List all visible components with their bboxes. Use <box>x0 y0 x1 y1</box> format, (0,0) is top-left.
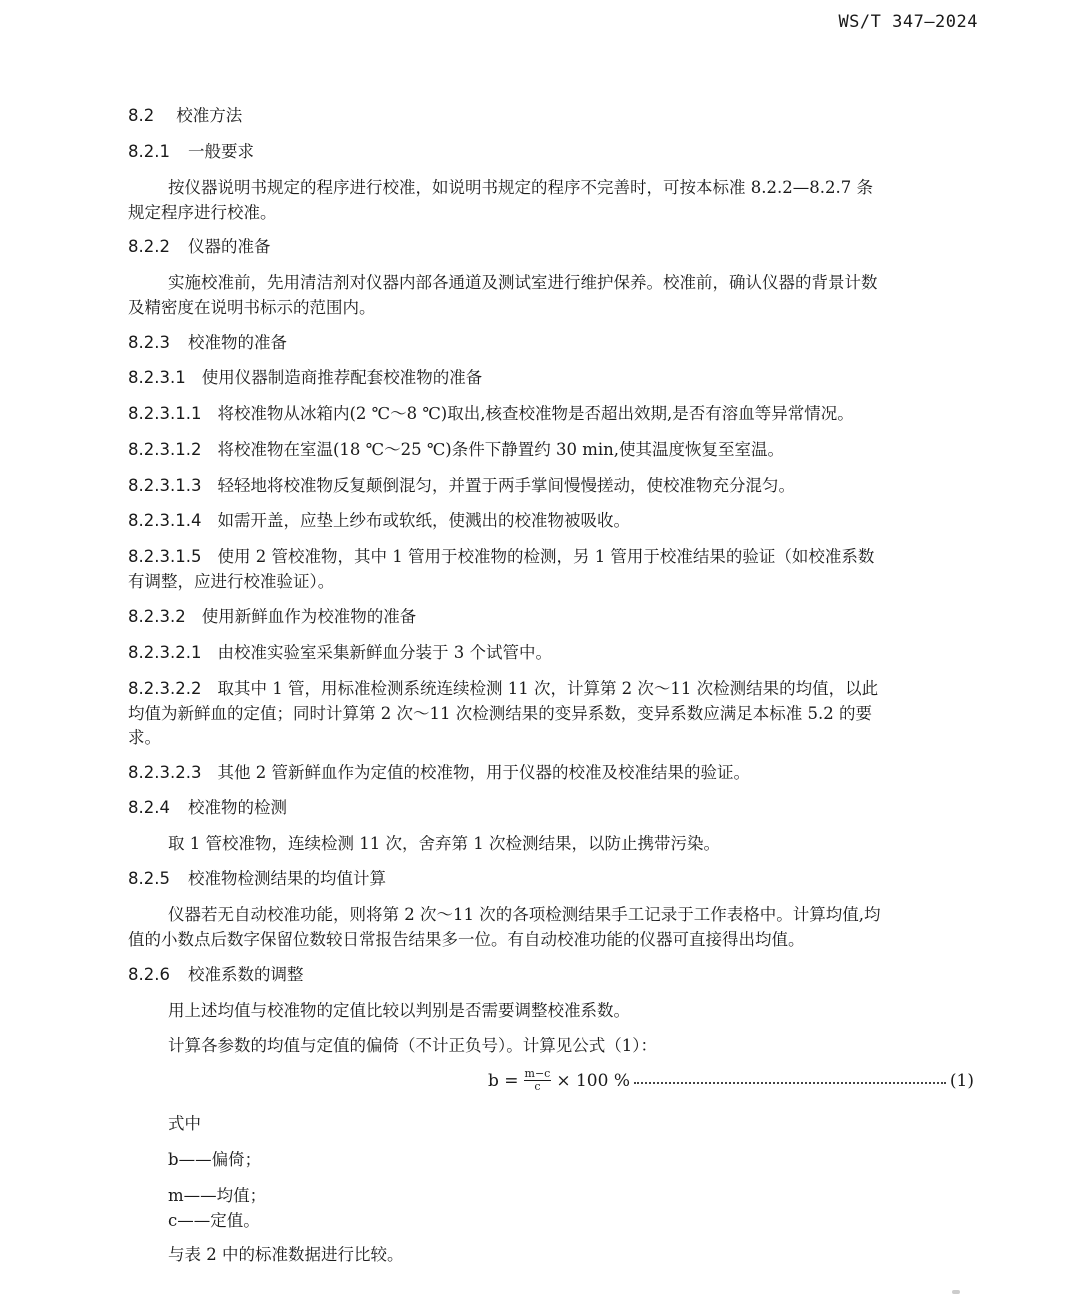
section-heading-8-2-6: 8.2.6校准系数的调整 <box>128 963 303 987</box>
clause-text: 如需开盖，应垫上纱布或软纸，使溅出的校准物被吸收。 <box>217 511 630 530</box>
clause-number: 8.2.3.2.2 <box>128 677 201 701</box>
where-symbol: c <box>168 1211 177 1230</box>
section-heading-8-2-2: 8.2.2仪器的准备 <box>128 235 270 259</box>
paragraph-line: 实施校准前，先用清洁剂对仪器内部各通道及测试室进行维护保养。校准前，确认仪器的背… <box>168 271 878 295</box>
clause-text: 将校准物从冰箱内(2 ℃～8 ℃)取出,核查校准物是否超出效期,是否有溶血等异常… <box>217 404 853 423</box>
clause-text: 由校准实验室采集新鲜血分装于 3 个试管中。 <box>217 643 552 662</box>
formula-label: (1) <box>950 1071 974 1091</box>
section-title: 使用仪器制造商推荐配套校准物的准备 <box>202 368 483 387</box>
section-number: 8.2.4 <box>128 796 170 820</box>
leader-dots <box>634 1082 946 1084</box>
clause-8-2-3-2-1: 8.2.3.2.1由校准实验室采集新鲜血分装于 3 个试管中。 <box>128 641 552 665</box>
where-item-c: c——定值。 <box>168 1209 260 1233</box>
formula-rhs: × 100 % <box>556 1071 630 1091</box>
where-desc: 偏倚； <box>212 1150 262 1169</box>
paragraph-line: 仪器若无自动校准功能，则将第 2 次～11 次的各项检测结果手工记录于工作表格中… <box>168 903 880 927</box>
where-item-m: m——均值； <box>168 1184 266 1208</box>
clause-8-2-3-2-2: 8.2.3.2.2取其中 1 管，用标准检测系统连续检测 11 次，计算第 2 … <box>128 677 878 701</box>
where-dash: —— <box>179 1150 212 1169</box>
section-title: 校准系数的调整 <box>188 965 304 984</box>
paragraph-line: 及精密度在说明书标示的范围内。 <box>128 296 376 320</box>
section-heading-8-2-4: 8.2.4校准物的检测 <box>128 796 287 820</box>
clause-8-2-3-2-3: 8.2.3.2.3其他 2 管新鲜血作为定值的校准物，用于仪器的校准及校准结果的… <box>128 761 750 785</box>
section-number: 8.2.6 <box>128 963 170 987</box>
clause-number: 8.2.3.2.1 <box>128 641 201 665</box>
document-code-header: WS/T 347—2024 <box>838 12 978 32</box>
paragraph-line: 按仪器说明书规定的程序进行校准，如说明书规定的程序不完善时，可按本标准 8.2.… <box>168 176 873 200</box>
section-heading-8-2-3-1: 8.2.3.1使用仪器制造商推荐配套校准物的准备 <box>128 366 482 390</box>
where-intro: 式中 <box>168 1112 201 1136</box>
section-number: 8.2 <box>128 104 154 128</box>
clause-text: 轻轻地将校准物反复颠倒混匀，并置于两手掌间慢慢搓动，使校准物充分混匀。 <box>217 476 795 495</box>
where-symbol: m <box>168 1186 184 1205</box>
section-title: 仪器的准备 <box>188 237 271 256</box>
formula-fraction: m−c c <box>524 1068 552 1093</box>
paragraph-line: 计算各参数的均值与定值的偏倚（不计正负号）。计算见公式（1）： <box>168 1034 657 1058</box>
where-symbol: b <box>168 1150 179 1169</box>
clause-number: 8.2.3.2.3 <box>128 761 201 785</box>
section-title: 校准物的检测 <box>188 798 287 817</box>
section-title: 校准物检测结果的均值计算 <box>188 869 386 888</box>
clause-8-2-3-1-2: 8.2.3.1.2将校准物在室温(18 ℃～25 ℃)条件下静置约 30 min… <box>128 438 784 462</box>
section-heading-8-2-3: 8.2.3校准物的准备 <box>128 331 287 355</box>
page-number-fragment <box>952 1290 960 1294</box>
where-dash: —— <box>177 1211 210 1230</box>
section-number: 8.2.3.2 <box>128 605 186 629</box>
clause-number: 8.2.3.1.4 <box>128 509 201 533</box>
where-item-b: b——偏倚； <box>168 1148 261 1172</box>
section-heading-8-2: 8.2校准方法 <box>128 104 242 128</box>
clause-8-2-3-1-4: 8.2.3.1.4如需开盖，应垫上纱布或软纸，使溅出的校准物被吸收。 <box>128 509 630 533</box>
clause-number: 8.2.3.1.2 <box>128 438 201 462</box>
clause-text-continuation: 有调整，应进行校准验证）。 <box>128 570 334 594</box>
where-desc: 定值。 <box>210 1211 260 1230</box>
section-title: 校准物的准备 <box>188 333 287 352</box>
clause-text-continuation: 求。 <box>128 726 161 750</box>
paragraph-line: 用上述均值与校准物的定值比较以判别是否需要调整校准系数。 <box>168 999 630 1023</box>
section-number: 8.2.5 <box>128 867 170 891</box>
clause-text: 取其中 1 管，用标准检测系统连续检测 11 次，计算第 2 次～11 次检测结… <box>217 679 878 698</box>
section-number: 8.2.3.1 <box>128 366 186 390</box>
clause-text: 其他 2 管新鲜血作为定值的校准物，用于仪器的校准及校准结果的验证。 <box>217 763 750 782</box>
fraction-denominator: c <box>534 1081 540 1093</box>
section-title: 校准方法 <box>176 106 242 125</box>
where-dash: —— <box>184 1186 217 1205</box>
clause-text: 将校准物在室温(18 ℃～25 ℃)条件下静置约 30 min,使其温度恢复至室… <box>217 440 784 459</box>
formula-1: b = m−c c × 100 % (1) <box>488 1068 974 1093</box>
section-heading-8-2-1: 8.2.1一般要求 <box>128 140 254 164</box>
section-number: 8.2.3 <box>128 331 170 355</box>
section-number: 8.2.1 <box>128 140 170 164</box>
section-heading-8-2-5: 8.2.5校准物检测结果的均值计算 <box>128 867 386 891</box>
section-number: 8.2.2 <box>128 235 170 259</box>
clause-text: 使用 2 管校准物，其中 1 管用于校准物的检测，另 1 管用于校准结果的验证（… <box>217 547 874 566</box>
section-heading-8-2-3-2: 8.2.3.2使用新鲜血作为校准物的准备 <box>128 605 416 629</box>
clause-number: 8.2.3.1.1 <box>128 402 201 426</box>
section-title: 一般要求 <box>188 142 254 161</box>
paragraph-line: 规定程序进行校准。 <box>128 201 277 225</box>
clause-8-2-3-1-3: 8.2.3.1.3轻轻地将校准物反复颠倒混匀，并置于两手掌间慢慢搓动，使校准物充… <box>128 474 795 498</box>
where-desc: 均值； <box>217 1186 267 1205</box>
clause-8-2-3-1-5: 8.2.3.1.5使用 2 管校准物，其中 1 管用于校准物的检测，另 1 管用… <box>128 545 874 569</box>
section-title: 使用新鲜血作为校准物的准备 <box>202 607 417 626</box>
clause-text-continuation: 均值为新鲜血的定值；同时计算第 2 次～11 次检测结果的变异系数，变异系数应满… <box>128 702 872 726</box>
clause-8-2-3-1-1: 8.2.3.1.1将校准物从冰箱内(2 ℃～8 ℃)取出,核查校准物是否超出效期… <box>128 402 854 426</box>
paragraph-line: 取 1 管校准物，连续检测 11 次，舍弃第 1 次检测结果，以防止携带污染。 <box>168 832 720 856</box>
closing-sentence: 与表 2 中的标准数据进行比较。 <box>168 1243 404 1267</box>
formula-lhs: b = <box>488 1071 519 1091</box>
clause-number: 8.2.3.1.5 <box>128 545 201 569</box>
clause-number: 8.2.3.1.3 <box>128 474 201 498</box>
paragraph-line: 值的小数点后数字保留位数较日常报告结果多一位。有自动校准功能的仪器可直接得出均值… <box>128 928 805 952</box>
